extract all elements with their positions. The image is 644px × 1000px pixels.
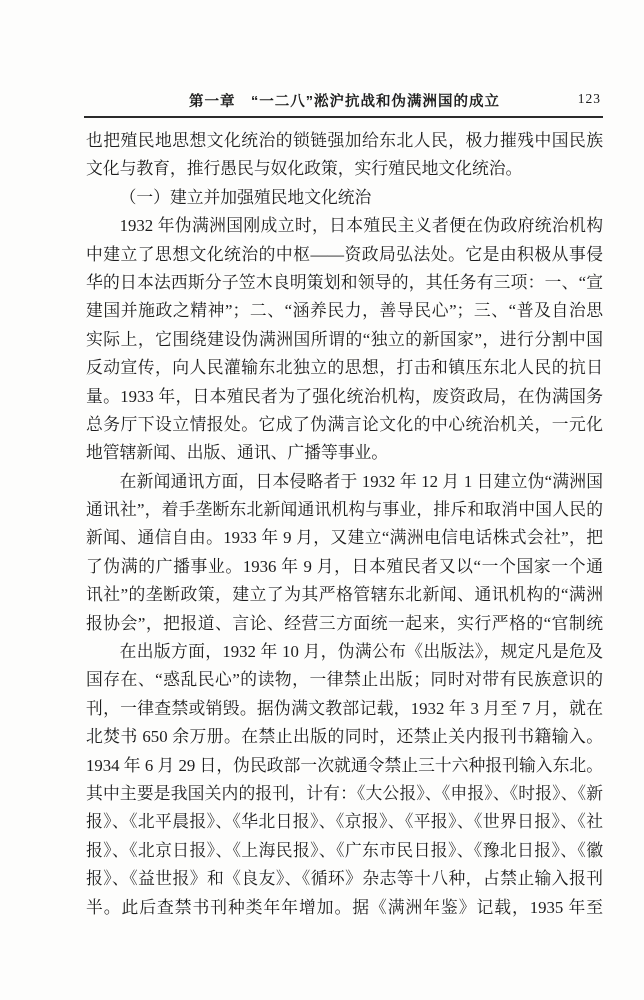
text-line: 地管辖新闻、出版、通讯、广播等事业。 [86, 439, 603, 467]
text-line: 报》、《益世报》和《良友》、《循环》杂志等十八种，占禁止输入报刊的一 [86, 865, 603, 893]
book-page: 第一章 “一二八”淞沪抗战和伪满洲国的成立 123 也把殖民地思想文化统治的锁链… [0, 0, 644, 1000]
text-line: 文化与教育，推行愚民与奴化政策，实行殖民地文化统治。 [86, 155, 603, 183]
body-text: 也把殖民地思想文化统治的锁链强加给东北人民，极力摧残中国民族文化与教育，推行愚民… [86, 127, 603, 922]
text-line: 也把殖民地思想文化统治的锁链强加给东北人民，极力摧残中国民族 [86, 127, 603, 155]
text-line: 量。1933 年，日本殖民者为了强化统治机构，废资政局，在伪满国务院 [86, 383, 603, 411]
text-line: 报》、《北京日报》、《上海民报》、《广东市民日报》、《豫北日报》、《徽州日 [86, 837, 603, 865]
text-line: 北焚书 650 余万册。在禁止出版的同时，还禁止关内报刊书籍输入。 [86, 723, 603, 751]
text-line: 了伪满的广播事业。1936 年 9 月，日本殖民者又以“一个国家一个通 [86, 553, 603, 581]
text-line: 建国并施政之精神”；二、“涵养民力，善导民心”；三、“普及自治思想”。 [86, 297, 603, 325]
text-line: 1934 年 6 月 29 日，伪民政部一次就通令禁止三十六种报刊输入东北。 [86, 752, 603, 780]
text-line: 通讯社”，着手垄断东北新闻通讯机构与事业，排斥和取消中国人民的 [86, 496, 603, 524]
page-header: 第一章 “一二八”淞沪抗战和伪满洲国的成立 123 [86, 90, 603, 108]
text-line: 半。此后查禁书刊种类年年增加。据《满洲年鉴》记载，1935 年至 1938 [86, 894, 603, 922]
text-line: 报》、《北平晨报》、《华北日报》、《京报》、《平报》、《世界日报》、《社会日 [86, 808, 603, 836]
text-line: 报协会”，把报道、言论、经营三方面统一起来，实行严格的“官制统治” [86, 610, 603, 638]
text-line: 反动宣传，向人民灌输东北独立的思想，打击和镇压东北人民的抗日力 [86, 354, 603, 382]
text-line: 刊，一律查禁或销毁。据伪满文教部记载，1932 年 3 月至 7 月，就在东 [86, 695, 603, 723]
text-line: 在新闻通讯方面，日本侵略者于 1932 年 12 月 1 日建立伪“满洲国 [86, 468, 603, 496]
text-line: 在出版方面，1932 年 10 月，伪满公布《出版法》，规定凡是危及伪 [86, 638, 603, 666]
text-line: 中建立了思想文化统治的中枢——资政局弘法处。它是由积极从事侵 [86, 241, 603, 269]
header-rule [84, 116, 603, 118]
text-line: 华的日本法西斯分子笠木良明策划和领导的，其任务有三项：一、“宣传 [86, 269, 603, 297]
text-line: 其中主要是我国关内的报刊，计有：《大公报》、《申报》、《时报》、《新闻 [86, 780, 603, 808]
running-title: 第一章 “一二八”淞沪抗战和伪满洲国的成立 [86, 90, 603, 111]
text-line: 1932 年伪满洲国刚成立时，日本殖民主义者便在伪政府统治机构 [86, 212, 603, 240]
text-line: 讯社”的垄断政策，建立了为其严格管辖东北新闻、通讯机构的“满洲弘 [86, 581, 603, 609]
text-line: 实际上，它围绕建设伪满洲国所谓的“独立的新国家”，进行分割中国的 [86, 326, 603, 354]
text-line: 新闻、通信自由。1933 年 9 月，又建立“满洲电信电话株式会社”，把持 [86, 524, 603, 552]
text-line: （一）建立并加强殖民地文化统治 [86, 184, 603, 212]
text-line: 总务厅下设立情报处。它成了伪满言论文化的中心统治机关，一元化 [86, 411, 603, 439]
page-number: 123 [578, 91, 601, 107]
text-line: 国存在、“惑乱民心”的读物，一律禁止出版；同时对带有民族意识的书 [86, 666, 603, 694]
